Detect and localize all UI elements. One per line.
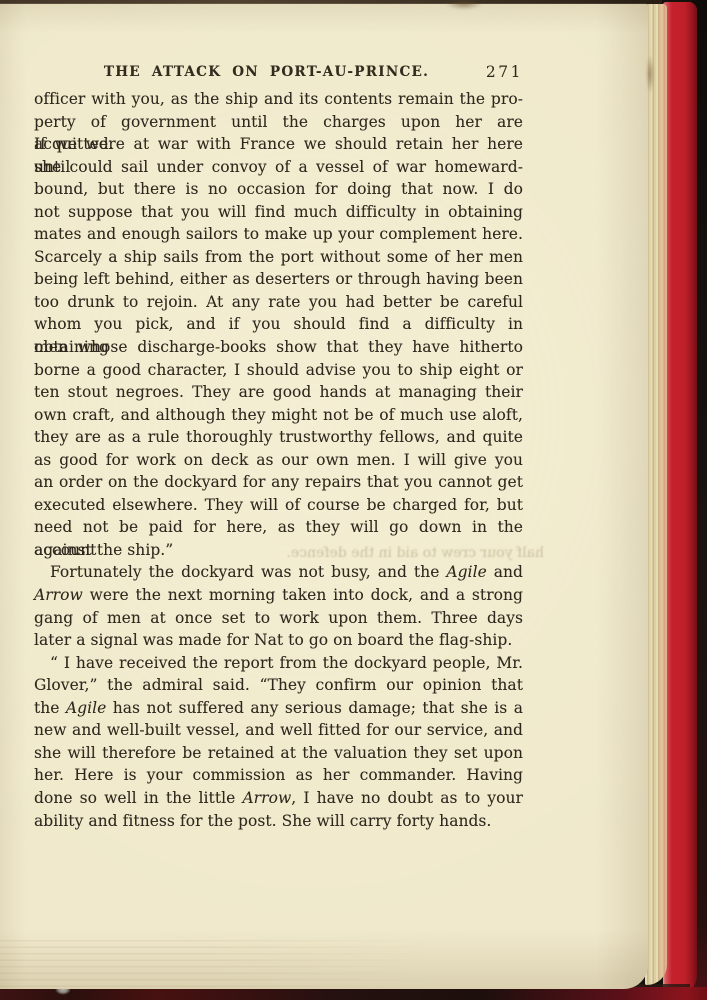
fore-edge-page-stripes [645, 4, 667, 985]
italic-ship-name: Arrow [34, 586, 83, 604]
book-page: THE ATTACK ON PORT-AU-PRINCE. 271 office… [0, 3, 648, 989]
text-line: later a signal was made for Nat to go on… [34, 629, 523, 652]
text-line: an order on the dockyard for any repairs… [34, 471, 523, 494]
text-line: she will therefore be retained at the va… [34, 742, 523, 765]
text-line: “ I have received the report from the do… [34, 652, 523, 675]
text-line: her. Here is your commission as her comm… [34, 764, 523, 787]
text-line: need not be paid for here, as they will … [34, 516, 523, 539]
show-through-ghost-text: half your crew to aid in the defence. [282, 545, 544, 563]
text-line: the Agile has not suffered any serious d… [34, 697, 523, 720]
scanned-book-photo: THE ATTACK ON PORT-AU-PRINCE. 271 office… [0, 0, 707, 1000]
red-cloth-cover-spine [663, 2, 697, 994]
text-block: officer with you, as the ship and its co… [34, 88, 523, 832]
text-line: whom you pick, and if you should find a … [34, 313, 523, 336]
text-line: gang of men at once set to work upon the… [34, 607, 523, 630]
text-line: they are as a rule thoroughly trustworth… [34, 426, 523, 449]
text-line: officer with you, as the ship and its co… [34, 88, 523, 111]
page-number: 271 [486, 63, 523, 81]
under-page-edge-lines [0, 935, 430, 989]
text-line: done so well in the little Arrow, I have… [34, 787, 523, 810]
page-top-edge [0, 0, 662, 4]
running-title: THE ATTACK ON PORT-AU-PRINCE. [34, 64, 499, 80]
text-line: bound, but there is no occasion for doin… [34, 178, 523, 201]
italic-ship-name: Agile [66, 699, 106, 717]
text-line: she could sail under convoy of a vessel … [34, 156, 523, 179]
text-line: Fortunately the dockyard was not busy, a… [34, 561, 523, 584]
text-line: not suppose that you will find much diff… [34, 201, 523, 224]
text-line: new and well-built vessel, and well fitt… [34, 719, 523, 742]
text-line: men whose discharge-books show that they… [34, 336, 523, 359]
text-line: mates and enough sailors to make up your… [34, 223, 523, 246]
text-line: executed elsewhere. They will of course … [34, 494, 523, 517]
text-line: Scarcely a ship sails from the port with… [34, 246, 523, 269]
italic-ship-name: Agile [446, 563, 486, 581]
text-line: borne a good character, I should advise … [34, 359, 523, 382]
fore-edge-smudge-mark [645, 48, 655, 100]
text-line: Glover,” the admiral said. “They confirm… [34, 674, 523, 697]
text-line: Arrow were the next morning taken into d… [34, 584, 523, 607]
italic-ship-name: Arrow [242, 789, 291, 807]
page-header: THE ATTACK ON PORT-AU-PRINCE. 271 [34, 64, 523, 84]
text-line: ability and fitness for the post. She wi… [34, 810, 523, 833]
text-line: If we were at war with France we should … [34, 133, 523, 156]
text-line: too drunk to rejoin. At any rate you had… [34, 291, 523, 314]
text-line: own craft, and although they might not b… [34, 404, 523, 427]
text-line: ten stout negroes. They are good hands a… [34, 381, 523, 404]
text-line: perty of government until the charges up… [34, 111, 523, 134]
text-line: as good for work on deck as our own men.… [34, 449, 523, 472]
text-line: being left behind, either as deserters o… [34, 268, 523, 291]
top-smudge-mark [438, 0, 490, 14]
